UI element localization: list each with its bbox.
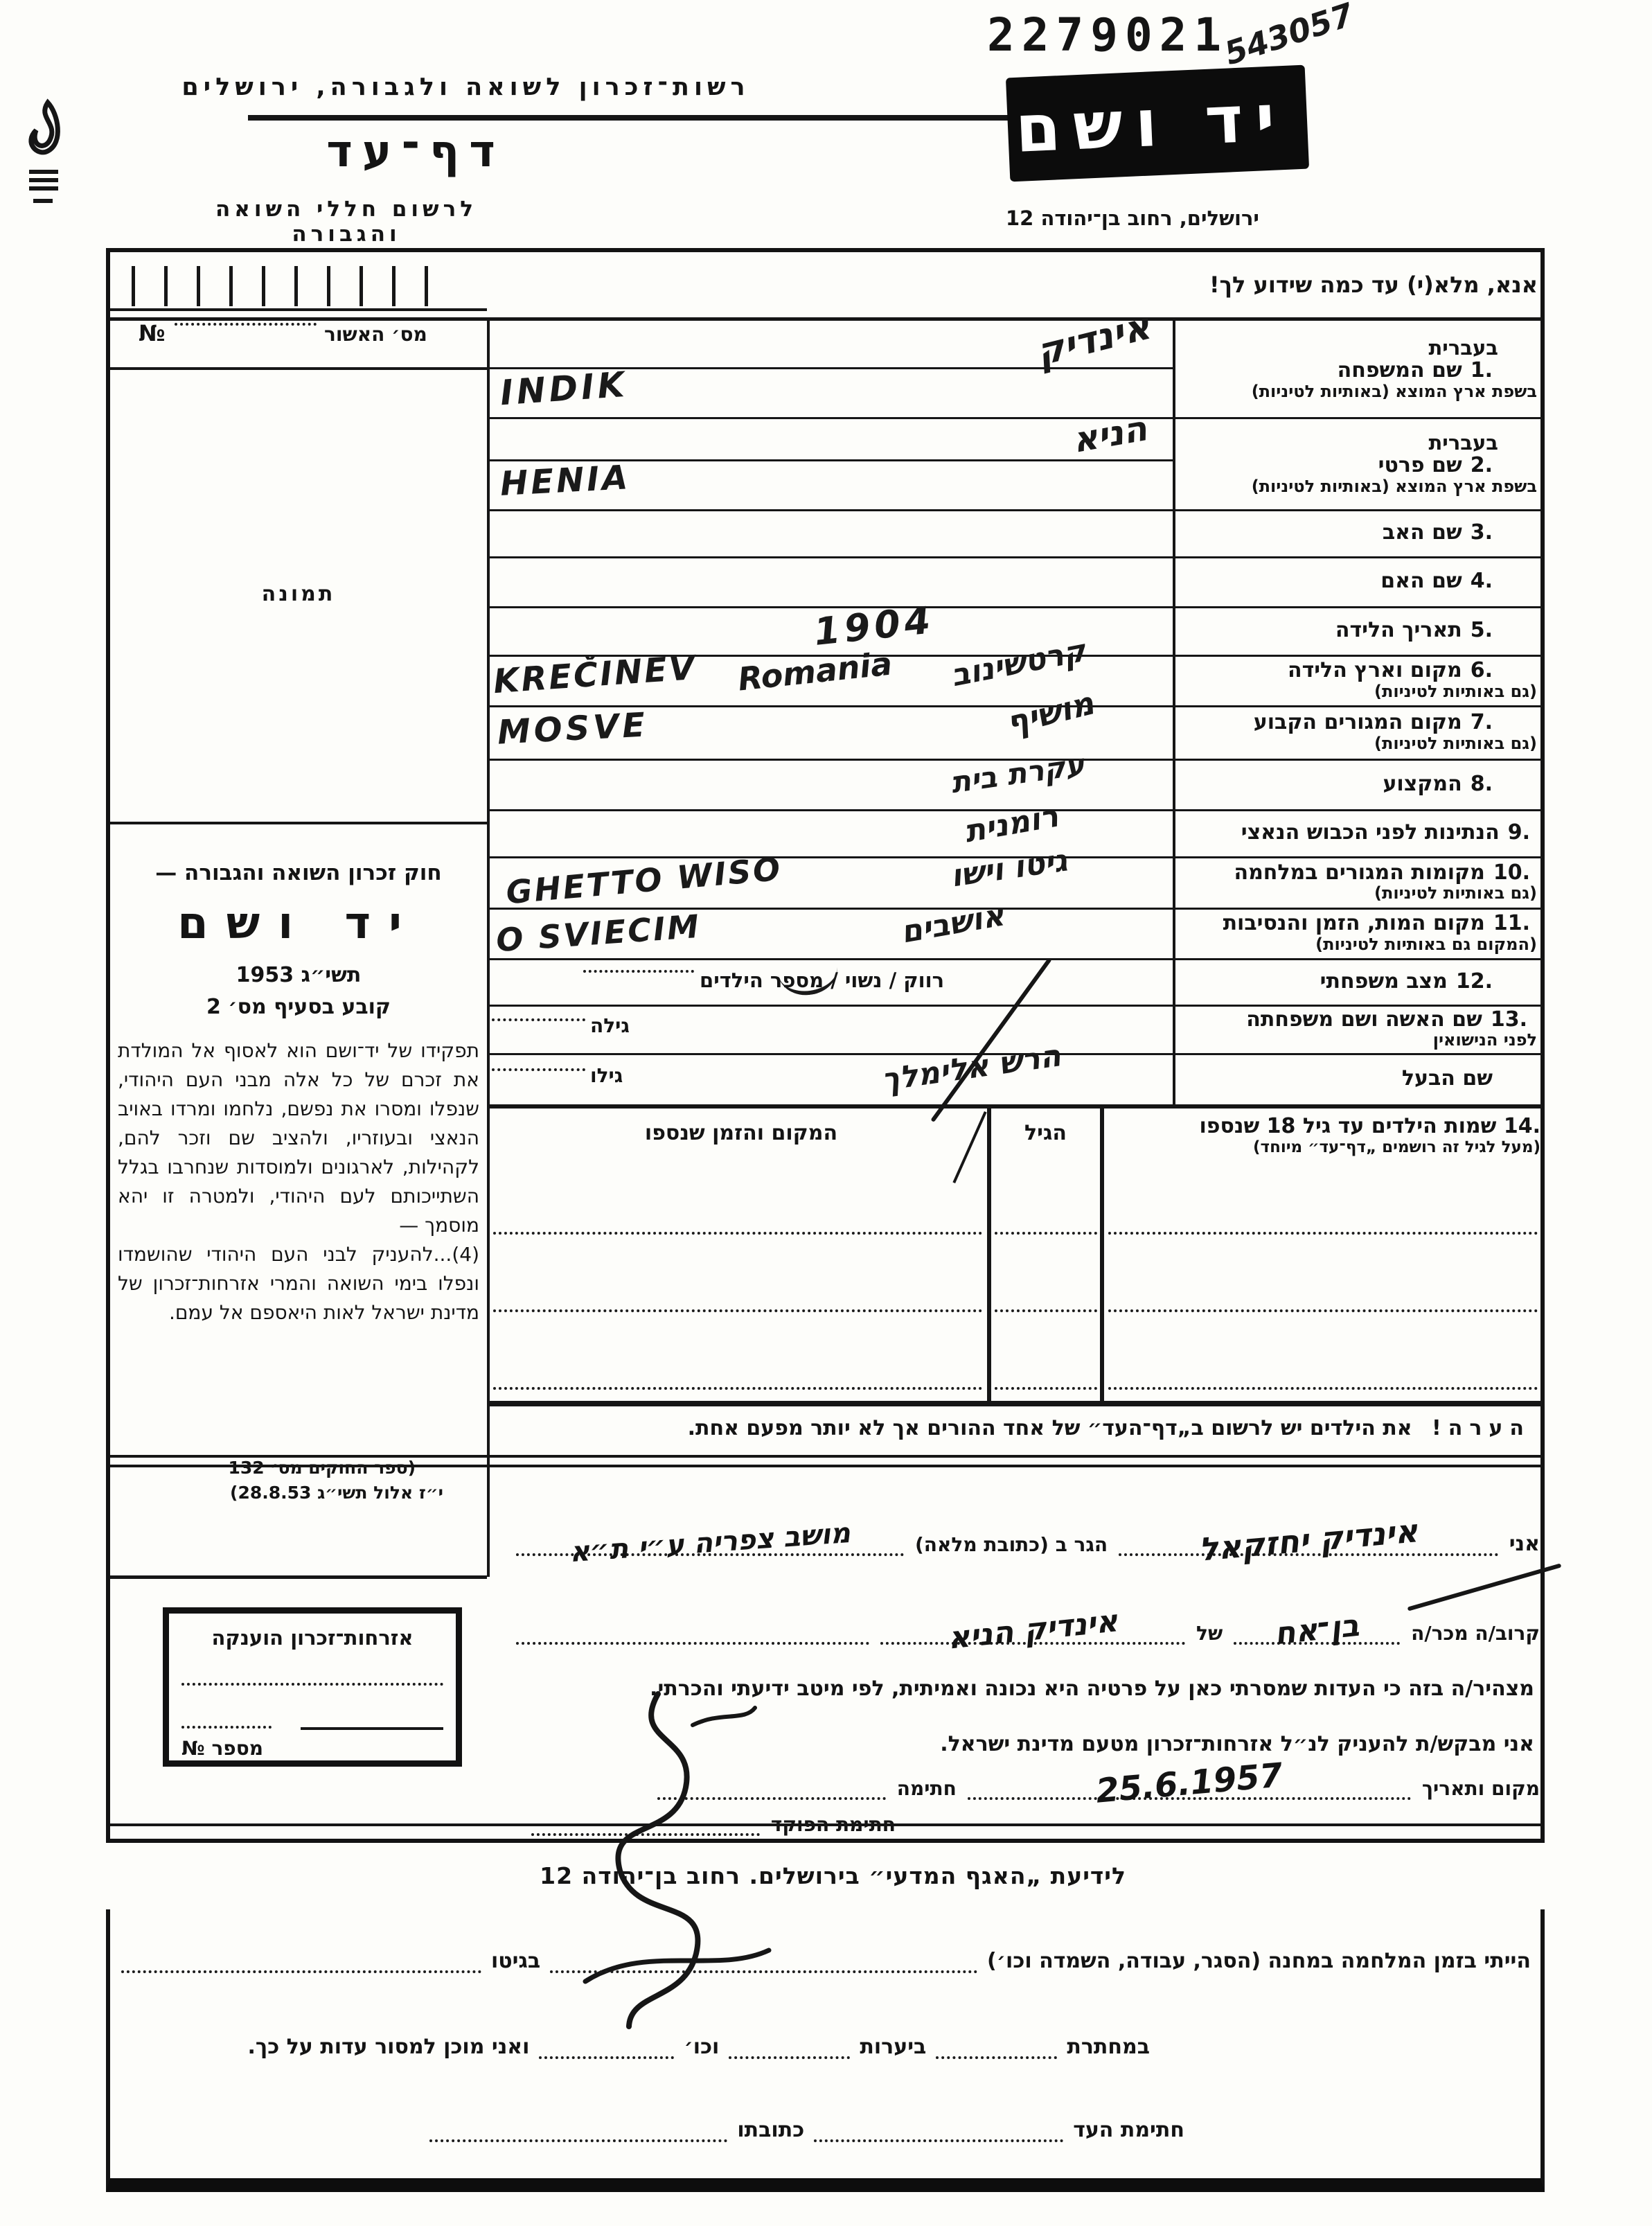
hw-first-name-latin: HENIA xyxy=(499,458,632,504)
table-col-line-1 xyxy=(987,1108,991,1402)
law-paragraph-1: תפקידו של יד־ושם הוא לאסוף אל המולדת את … xyxy=(118,1036,479,1240)
table-row-dotted xyxy=(493,1232,982,1235)
field-6-num: 6. xyxy=(1471,659,1493,682)
field-11-title: מקום המות, הזמן והנסיבות xyxy=(1223,912,1485,935)
approval-no-sign: № xyxy=(139,320,166,346)
underground-dotted xyxy=(936,2030,1057,2059)
declaration-row-2: קרוב/ה מכר/ה בן־אח של אינדיק הניא xyxy=(516,1578,1540,1645)
field-8-num: 8. xyxy=(1471,772,1493,796)
declarant-name-field: אינדיק יחזקאל xyxy=(1119,1521,1498,1556)
table-top-line xyxy=(490,1104,1542,1108)
ref-number: 2279021 xyxy=(987,8,1228,62)
of-label: של xyxy=(1196,1622,1223,1645)
note-line: הערה! את הילדים יש לרשום ב„דף־העד״ של אח… xyxy=(513,1416,1531,1440)
stamp-no-sign: № xyxy=(181,1737,205,1760)
page-of-testimony-scan: רשות־זכרון לשואה ולגבורה, ירושלים דף־עד … xyxy=(0,0,1652,2226)
form-subtitle: לרשום חללי השואה והגבורה xyxy=(177,197,516,247)
field-4-num: 4. xyxy=(1471,569,1493,593)
stamp-text: יד ושם xyxy=(1013,80,1301,168)
field-6-label: 6.מקום וארץ הלידה (גם באותיות לטיניות) xyxy=(1177,655,1537,705)
field-3-title: שם האב xyxy=(1383,521,1462,545)
flame-emblem-icon xyxy=(10,97,114,222)
field-12-title: מצב משפחתי xyxy=(1320,970,1448,993)
field-3-num: 3. xyxy=(1471,521,1493,545)
label-divider xyxy=(1173,317,1175,1108)
field-5-num: 5. xyxy=(1471,619,1493,642)
field-5-label: 5.תאריך הלידה xyxy=(1177,606,1537,655)
field-13-label: 13.שם האשה ושם משפחתה לפני הנישואין xyxy=(1177,1005,1537,1053)
field-4-label: 4.שם האם xyxy=(1177,556,1537,606)
science-dept-line: לידיעת „האגף המדעי״ בירושלים. רחוב בן־יה… xyxy=(503,1862,1126,1889)
form-title: דף־עד xyxy=(326,126,506,177)
his-age-dotted xyxy=(492,1068,585,1071)
relative-label: קרוב/ה מכר/ה xyxy=(1411,1622,1540,1645)
stamp-dotted-2 xyxy=(181,1726,272,1729)
forests-label: ביערות xyxy=(860,2035,926,2059)
law-ref-1: (ספר החוקים מס׳ 132 xyxy=(125,1458,416,1478)
husband-title: שם הבעל xyxy=(1402,1067,1493,1090)
stamp-solid-line xyxy=(301,1727,443,1730)
field-1-label: בעברית 1.שם המשפחה בשפת ארץ המוצא (באותי… xyxy=(1177,320,1537,417)
field-7-label: 7.מקום המגורים הקבוע (גם באותיות לטיניות… xyxy=(1177,705,1537,759)
field-7-title: מקום המגורים הקבוע xyxy=(1254,711,1462,734)
field-11-sub: (המקום גם באותיות לטיניות) xyxy=(1315,935,1537,954)
box-inner-bottom-line xyxy=(110,1823,1542,1826)
field-11-num: 11. xyxy=(1493,912,1530,935)
note-body: את הילדים יש לרשום ב„דף־העד״ של אחד ההור… xyxy=(688,1416,1412,1440)
field-14-title: שמות הילדים עד גיל 18 שנספו xyxy=(1199,1114,1496,1138)
field-14-label: 14. שמות הילדים עד גיל 18 שנספו (מעל לגי… xyxy=(1025,1114,1540,1156)
empty-dotted-field xyxy=(516,1611,869,1645)
marital-dotted xyxy=(583,970,694,973)
table-row-dotted xyxy=(1108,1232,1538,1235)
citizenship-stamp-title: אזרחות־זכרון הוענקה xyxy=(169,1626,456,1650)
signature-label: חתימה xyxy=(897,1777,957,1800)
photo-bottom-line xyxy=(110,822,487,824)
witness-row-1: הייתי בזמן המלחמה במחנה (הסגר, עבודה, הש… xyxy=(121,1944,1531,1973)
field-8-label: 8.המקצוע xyxy=(1177,759,1537,809)
header-rule xyxy=(248,115,1090,121)
hw-residence-latin: MOSVE xyxy=(497,705,650,752)
husband-label: שם הבעל xyxy=(1177,1053,1537,1104)
underground-label: במחתרת xyxy=(1067,2035,1150,2059)
field-12-num: 12. xyxy=(1456,970,1493,993)
law-year: תשי״ג 1953 xyxy=(110,963,487,987)
field-7-num: 7. xyxy=(1471,711,1493,734)
law-paragraph-2: ‎...(4)להעניק לבני העם היהודי שהושמדו ונ… xyxy=(118,1240,479,1327)
field-13-title: שם האשה ושם משפחתה xyxy=(1246,1008,1482,1032)
field-6-sub: (גם באותיות לטיניות) xyxy=(1374,682,1537,701)
her-age-label: גילה xyxy=(590,1014,630,1037)
table-bottom-line xyxy=(488,1401,1542,1406)
resides-label: הגר ב (כתובת מלאה) xyxy=(915,1533,1108,1556)
ghetto-label: בגיטו xyxy=(491,1949,540,1973)
field-7-sub: (גם באותיות לטיניות) xyxy=(1374,734,1537,753)
field-2-hebrew-tag: בעברית xyxy=(1429,432,1499,454)
field-2-label: בעברית 2.שם פרטי בשפת ארץ המוצא (באותיות… xyxy=(1177,419,1537,508)
field-14-num: 14. xyxy=(1504,1114,1540,1138)
photo-line-2 xyxy=(110,367,487,370)
witness-row-2: במחתרת ביערות וכו׳ ואני מוכן למסור עדות … xyxy=(121,2030,1531,2059)
witness-address-label: כתובתו xyxy=(737,2118,804,2142)
table-row-dotted xyxy=(1108,1309,1538,1312)
field-13-num: 13. xyxy=(1491,1008,1527,1032)
declarant-address-field: מושב צפריה ע״י ת״א xyxy=(516,1527,904,1556)
double-rule-1 xyxy=(110,1455,1542,1458)
declarant-label: אני xyxy=(1509,1532,1540,1556)
left-column-divider xyxy=(487,317,490,1577)
table-row-dotted xyxy=(995,1309,1097,1312)
field-9-label: 9.הנתינות לפני הכבוש הנאצי xyxy=(1177,809,1537,856)
witness-signature-dotted xyxy=(814,2113,1063,2142)
field-8-title: המקצוע xyxy=(1383,772,1462,796)
law-clause: קובע בסעיף מס׳ 2 xyxy=(110,995,487,1019)
field-10-sub: (גם באותיות לטיניות) xyxy=(1374,884,1537,903)
field-1-num: 1. xyxy=(1471,359,1493,382)
date-field: 25.6.1957 xyxy=(968,1764,1411,1800)
field-10-num: 10. xyxy=(1493,861,1530,885)
field-2-sub: בשפת ארץ המוצא (באותיות לטיניות) xyxy=(1252,477,1537,496)
stamp-number-label: מספר № xyxy=(181,1737,263,1760)
table-col-place-header: המקום והזמן שנספו xyxy=(526,1121,956,1145)
table-row-dotted xyxy=(493,1309,982,1312)
her-age-dotted xyxy=(492,1018,585,1021)
table-row-dotted xyxy=(995,1232,1097,1235)
camp-label: הייתי בזמן המלחמה במחנה (הסגר, עבודה, הש… xyxy=(987,1949,1531,1973)
victim-name-field: אינדיק הניא xyxy=(880,1612,1185,1645)
photo-line-1 xyxy=(110,308,487,311)
stamp-number-word: מספר xyxy=(211,1737,263,1760)
stamp-address: ירושלים, רחוב בן־יהודה 12 xyxy=(984,206,1281,230)
org-title: רשות־זכרון לשואה ולגבורה, ירושלים xyxy=(128,73,803,101)
forests-dotted xyxy=(729,2030,850,2059)
field-2-title: שם פרטי xyxy=(1378,454,1462,477)
yad-vashem-logotype: יד ושם xyxy=(110,898,487,949)
relation-field: בן־אח xyxy=(1234,1612,1400,1645)
etc-dotted xyxy=(539,2030,674,2059)
place-date-label: מקום ותאריך xyxy=(1422,1777,1540,1800)
ruler-ticks xyxy=(132,266,457,306)
law-title: חוק זכרון השואה והגבורה — xyxy=(110,860,487,885)
approval-number-label: מס׳ האשור xyxy=(324,323,427,346)
field-4-title: שם האם xyxy=(1380,569,1462,593)
field-1-sub: בשפת ארץ המוצא (באותיות לטיניות) xyxy=(1252,382,1537,401)
his-age-label: גילו xyxy=(590,1064,623,1087)
field-5-title: תאריך הלידה xyxy=(1335,619,1462,642)
sidebar-bottom-line xyxy=(110,1575,487,1579)
field-9-title: הנתינות לפני הכבוש הנאצי xyxy=(1241,821,1500,845)
field-10-label: 10.מקומות המגורים במלחמה (גם באותיות לטי… xyxy=(1177,856,1537,908)
witness-signature-label: חתימת העד xyxy=(1073,2118,1184,2142)
field-14-sub: (מעל לגיל זה רושמים „דף־עד״ מיוחד) xyxy=(1253,1138,1540,1156)
approval-dotted xyxy=(175,323,317,326)
ghetto-dotted xyxy=(121,1944,481,1973)
citizenship-stamp-box: אזרחות־זכרון הוענקה מספר № xyxy=(163,1607,462,1767)
handwritten-number: 543057 xyxy=(1220,0,1358,72)
table-row-dotted xyxy=(995,1387,1097,1390)
intro-line: אנא, מלא(י) עד כמה שידוע לך! xyxy=(831,272,1538,298)
field-2-num: 2. xyxy=(1471,454,1493,477)
photo-label: תמונה xyxy=(110,582,487,606)
field-13-sub: לפני הנישואין xyxy=(1433,1031,1537,1050)
testify-label: ואני מוכן למסור עדות על כך. xyxy=(248,2035,530,2059)
camp-dotted xyxy=(550,1944,977,1973)
declaration-row-1: אני אינדיק יחזקאל הגר ב (כתובת מלאה) מוש… xyxy=(516,1496,1540,1556)
field-11-label: 11.מקום המות, הזמן והנסיבות (המקום גם בא… xyxy=(1177,908,1537,958)
yad-vashem-stamp: יד ושם xyxy=(1006,65,1309,182)
witness-row-3: חתימת העד כתובתו xyxy=(121,2113,1531,2142)
field-12-label: 12.מצב משפחתי xyxy=(1177,958,1537,1005)
table-row-dotted xyxy=(1108,1387,1538,1390)
field-10-title: מקומות המגורים במלחמה xyxy=(1234,861,1484,885)
field-3-label: 3.שם האב xyxy=(1177,509,1537,556)
table-row-dotted xyxy=(493,1387,982,1390)
law-ref-2: י״ז אלול תשי״ג 28.8.53) xyxy=(125,1483,443,1503)
double-rule-2 xyxy=(110,1465,1542,1467)
witness-address-dotted xyxy=(429,2113,727,2142)
field-9-num: 9. xyxy=(1508,821,1530,845)
etc-label: וכו׳ xyxy=(684,2035,719,2059)
field-6-title: מקום וארץ הלידה xyxy=(1288,659,1462,682)
stamp-dotted-1 xyxy=(181,1683,443,1686)
note-head: הערה! xyxy=(1432,1416,1531,1440)
field-1-hebrew-tag: בעברית xyxy=(1429,337,1499,359)
field-1-title: שם המשפחה xyxy=(1338,359,1462,382)
